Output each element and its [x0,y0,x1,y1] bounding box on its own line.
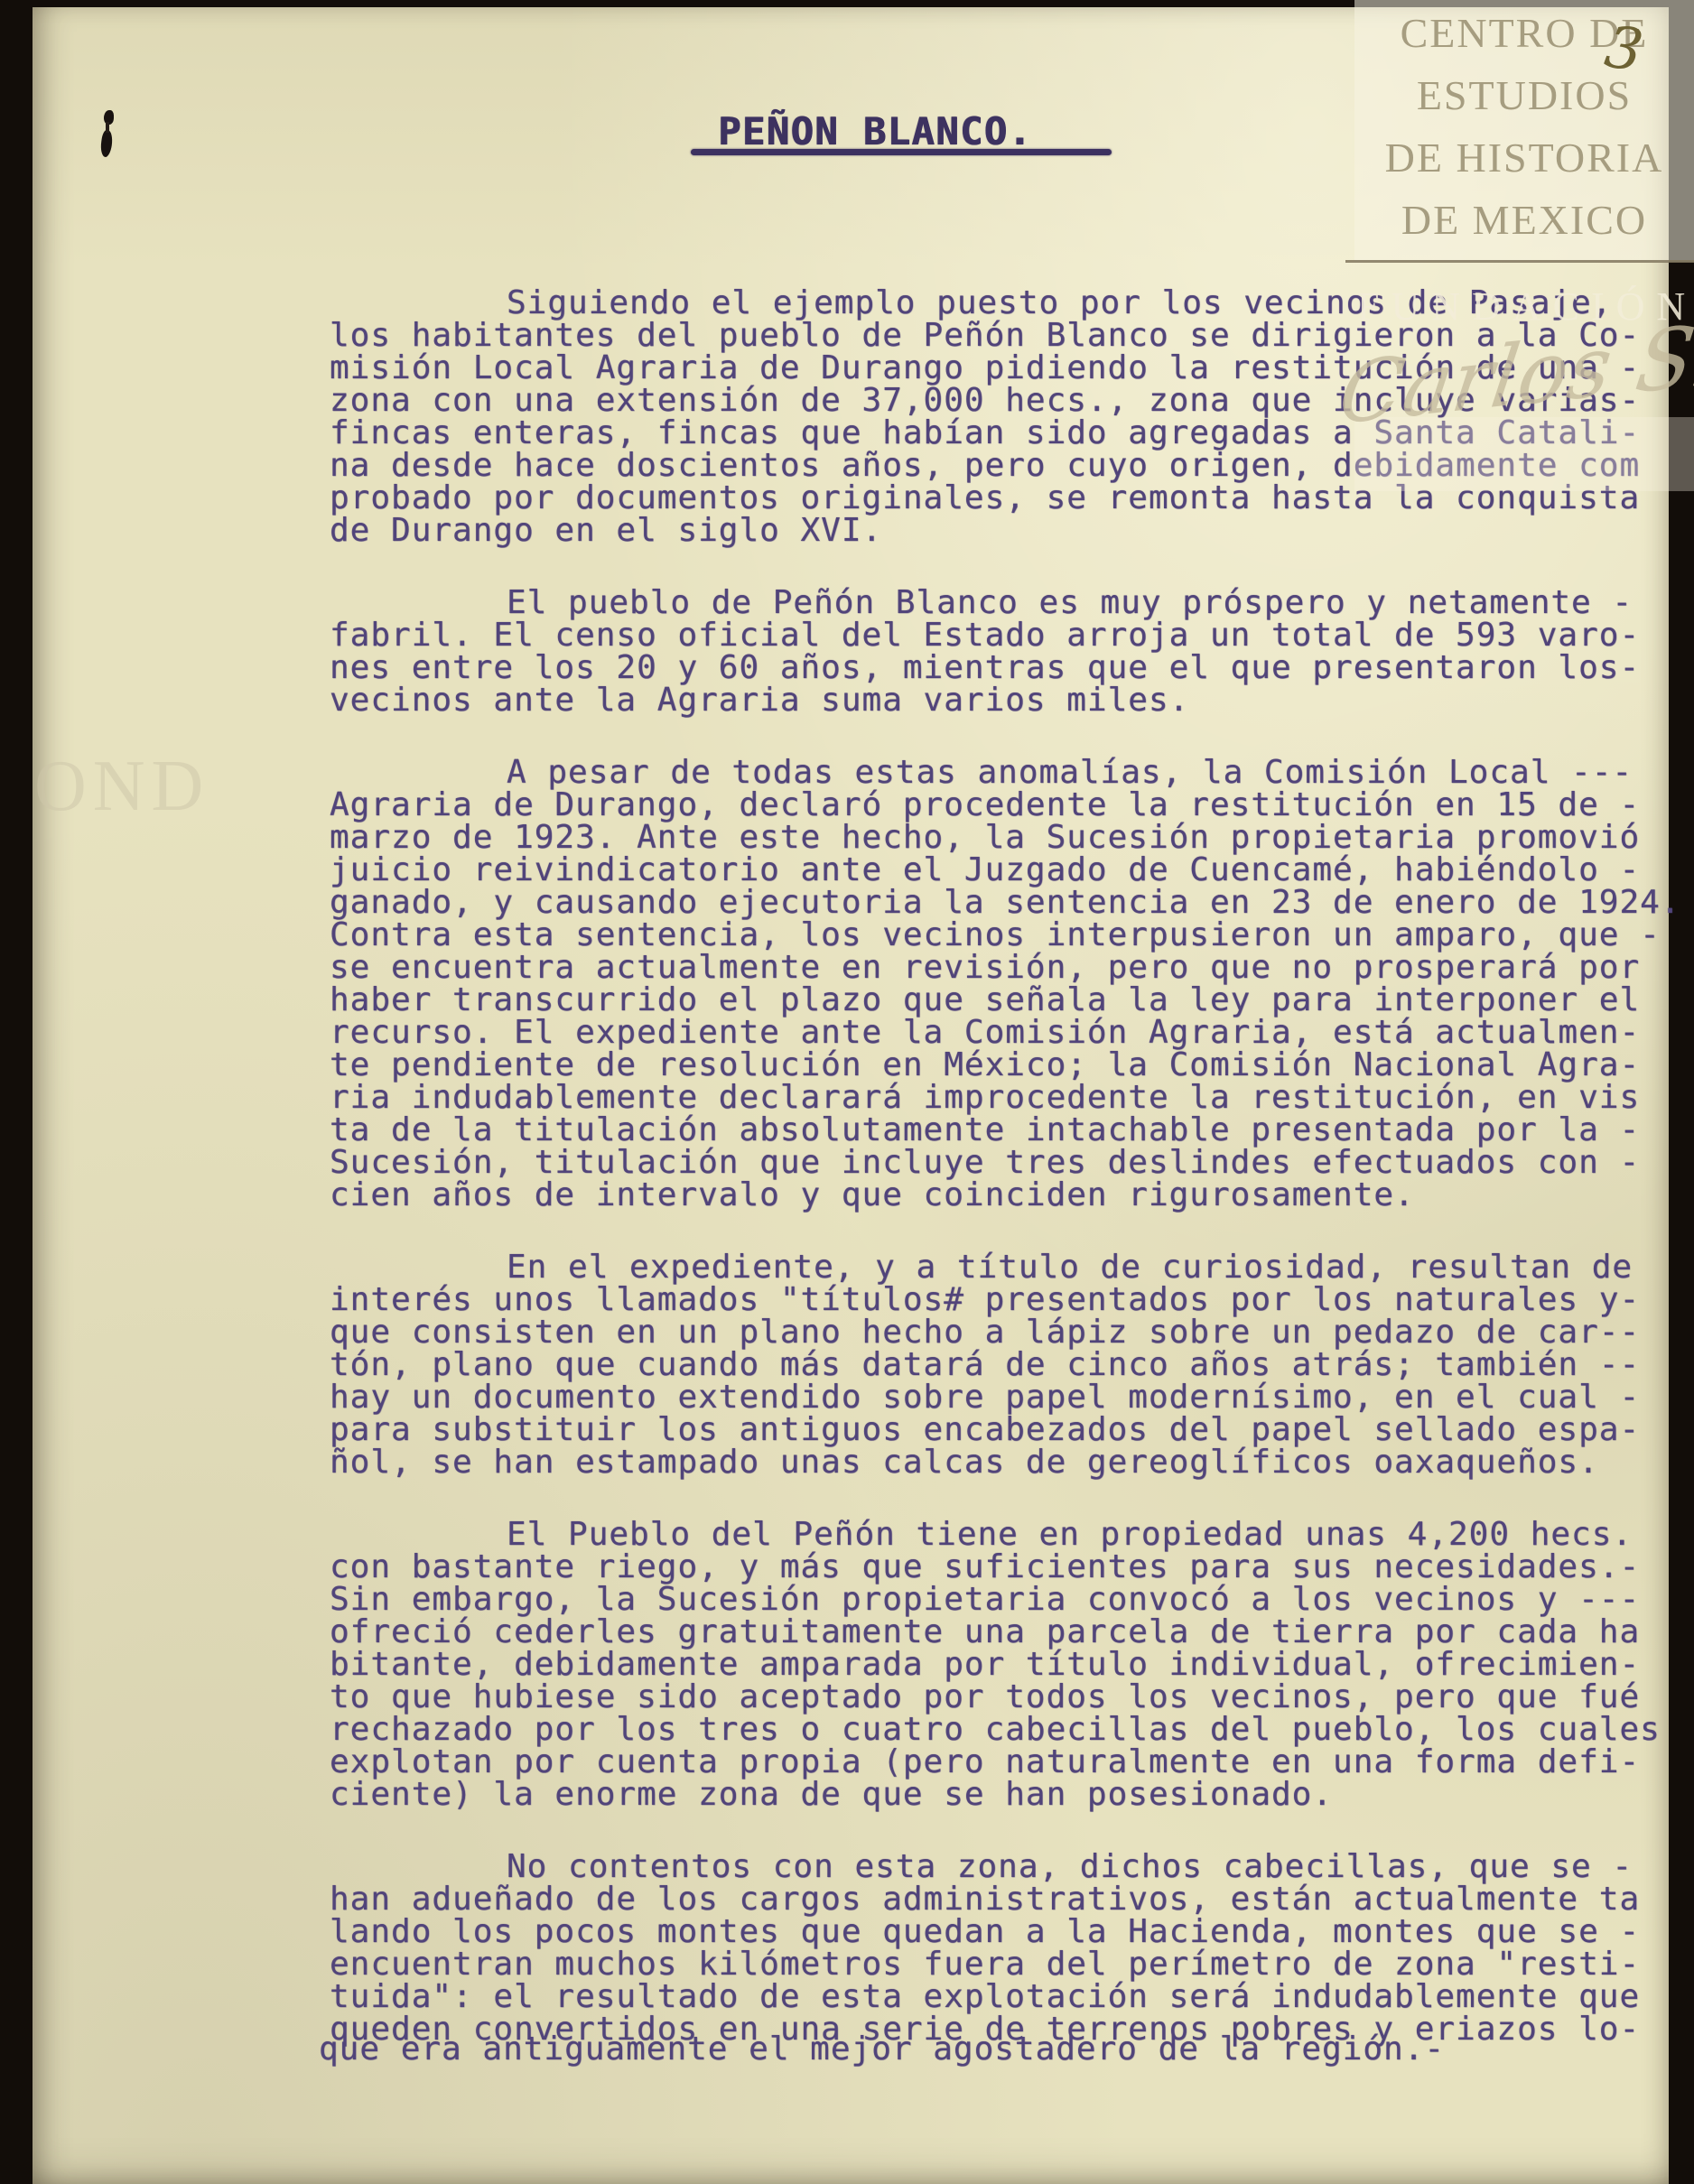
title-underline [691,149,1112,155]
text-line: ciente) la enorme zona de que se han pos… [330,1779,1666,1811]
text-line: te pendiente de resolución en México; la… [330,1049,1666,1082]
watermark-line: DE MEXICO [1354,189,1694,251]
paragraph: El Pueblo del Peñón tiene en propiedad u… [330,1519,1666,1811]
paragraph: No contentos con esta zona, dichos cabec… [330,1851,1666,2066]
text-line: juicio reivindicatorio ante el Juzgado d… [330,854,1666,887]
watermark-divider-line [1345,260,1694,263]
text-line: El Pueblo del Peñón tiene en propiedad u… [330,1519,1666,1551]
text-line: En el expediente, y a título de curiosid… [330,1251,1666,1284]
text-line: No contentos con esta zona, dichos cabec… [330,1851,1666,1883]
text-line: ñol, se han estampado unas calcas de ger… [330,1446,1666,1479]
text-line: que consisten en un plano hecho a lápiz … [330,1316,1666,1349]
text-line: haber transcurrido el plazo que señala l… [330,984,1666,1017]
text-line: tón, plano que cuando más datará de cinc… [330,1349,1666,1381]
text-line: recurso. El expediente ante la Comisión … [330,1017,1666,1049]
ink-blot-part [99,129,114,157]
text-line: A pesar de todas estas anomalías, la Com… [330,757,1666,789]
text-line: El pueblo de Peñón Blanco es muy prósper… [330,587,1666,619]
text-line: Sin embargo, la Sucesión propietaria con… [330,1584,1666,1616]
text-line: Agraria de Durango, declaró procedente l… [330,789,1666,822]
text-line: vecinos ante la Agraria suma varios mile… [330,684,1666,717]
text-line: han adueñado de los cargos administrativ… [330,1883,1666,1916]
text-line: interés unos llamados "títulos# presenta… [330,1284,1666,1316]
ghost-edge-text: OND [34,746,209,828]
text-line: marzo de 1923. Ante este hecho, la Suces… [330,822,1666,854]
text-line: ta de la titulación absolutamente intach… [330,1114,1666,1147]
page-title: PEÑON BLANCO. [718,109,1032,153]
text-line: se encuentra actualmente en revisión, pe… [330,952,1666,984]
text-line: fabril. El censo oficial del Estado arro… [330,619,1666,652]
text-line: hay un documento extendido sobre papel m… [330,1381,1666,1414]
text-line: de Durango en el siglo XVI. [330,515,1666,547]
text-line: cien años de intervalo y que coinciden r… [330,1179,1666,1212]
text-line: ofreció cederles gratuitamente una parce… [330,1616,1666,1649]
text-line: con bastante riego, y más que suficiente… [330,1551,1666,1584]
text-line: tuida": el resultado de esta explotación… [330,1981,1666,2013]
text-line: to que hubiese sido aceptado por todos l… [330,1681,1666,1714]
text-line: bitante, debidamente amparada por título… [330,1649,1666,1681]
paragraph: En el expediente, y a título de curiosid… [330,1251,1666,1479]
text-line: Sucesión, titulación que incluye tres de… [330,1147,1666,1179]
document-body: Siguiendo el ejemplo puesto por los veci… [330,287,1666,2105]
text-line: encuentran muchos kilómetros fuera del p… [330,1948,1666,1981]
text-line: explotan por cuenta propia (pero natural… [330,1746,1666,1779]
paragraph: A pesar de todas estas anomalías, la Com… [330,757,1666,1212]
text-line: lando los pocos montes que quedan a la H… [330,1916,1666,1948]
text-line: ganado, y causando ejecutoria la sentenc… [330,887,1666,919]
text-line: para substituir los antiguos encabezados… [330,1414,1666,1446]
paragraph: El pueblo de Peñón Blanco es muy prósper… [330,587,1666,717]
watermark-line: DE HISTORIA [1354,126,1694,189]
ink-blot-part [106,122,109,133]
ink-blot [101,110,116,157]
text-line: ria indudablemente declarará improcedent… [330,1082,1666,1114]
text-line: Contra esta sentencia, los vecinos inter… [330,919,1666,952]
scanned-document-page: OND PEÑON BLANCO. Siguiendo el ejemplo p… [0,0,1694,2184]
text-line: nes entre los 20 y 60 años, mientras que… [330,652,1666,684]
text-line: rechazado por los tres o cuatro cabecill… [330,1714,1666,1746]
watermark-line: ESTUDIOS [1354,64,1694,126]
